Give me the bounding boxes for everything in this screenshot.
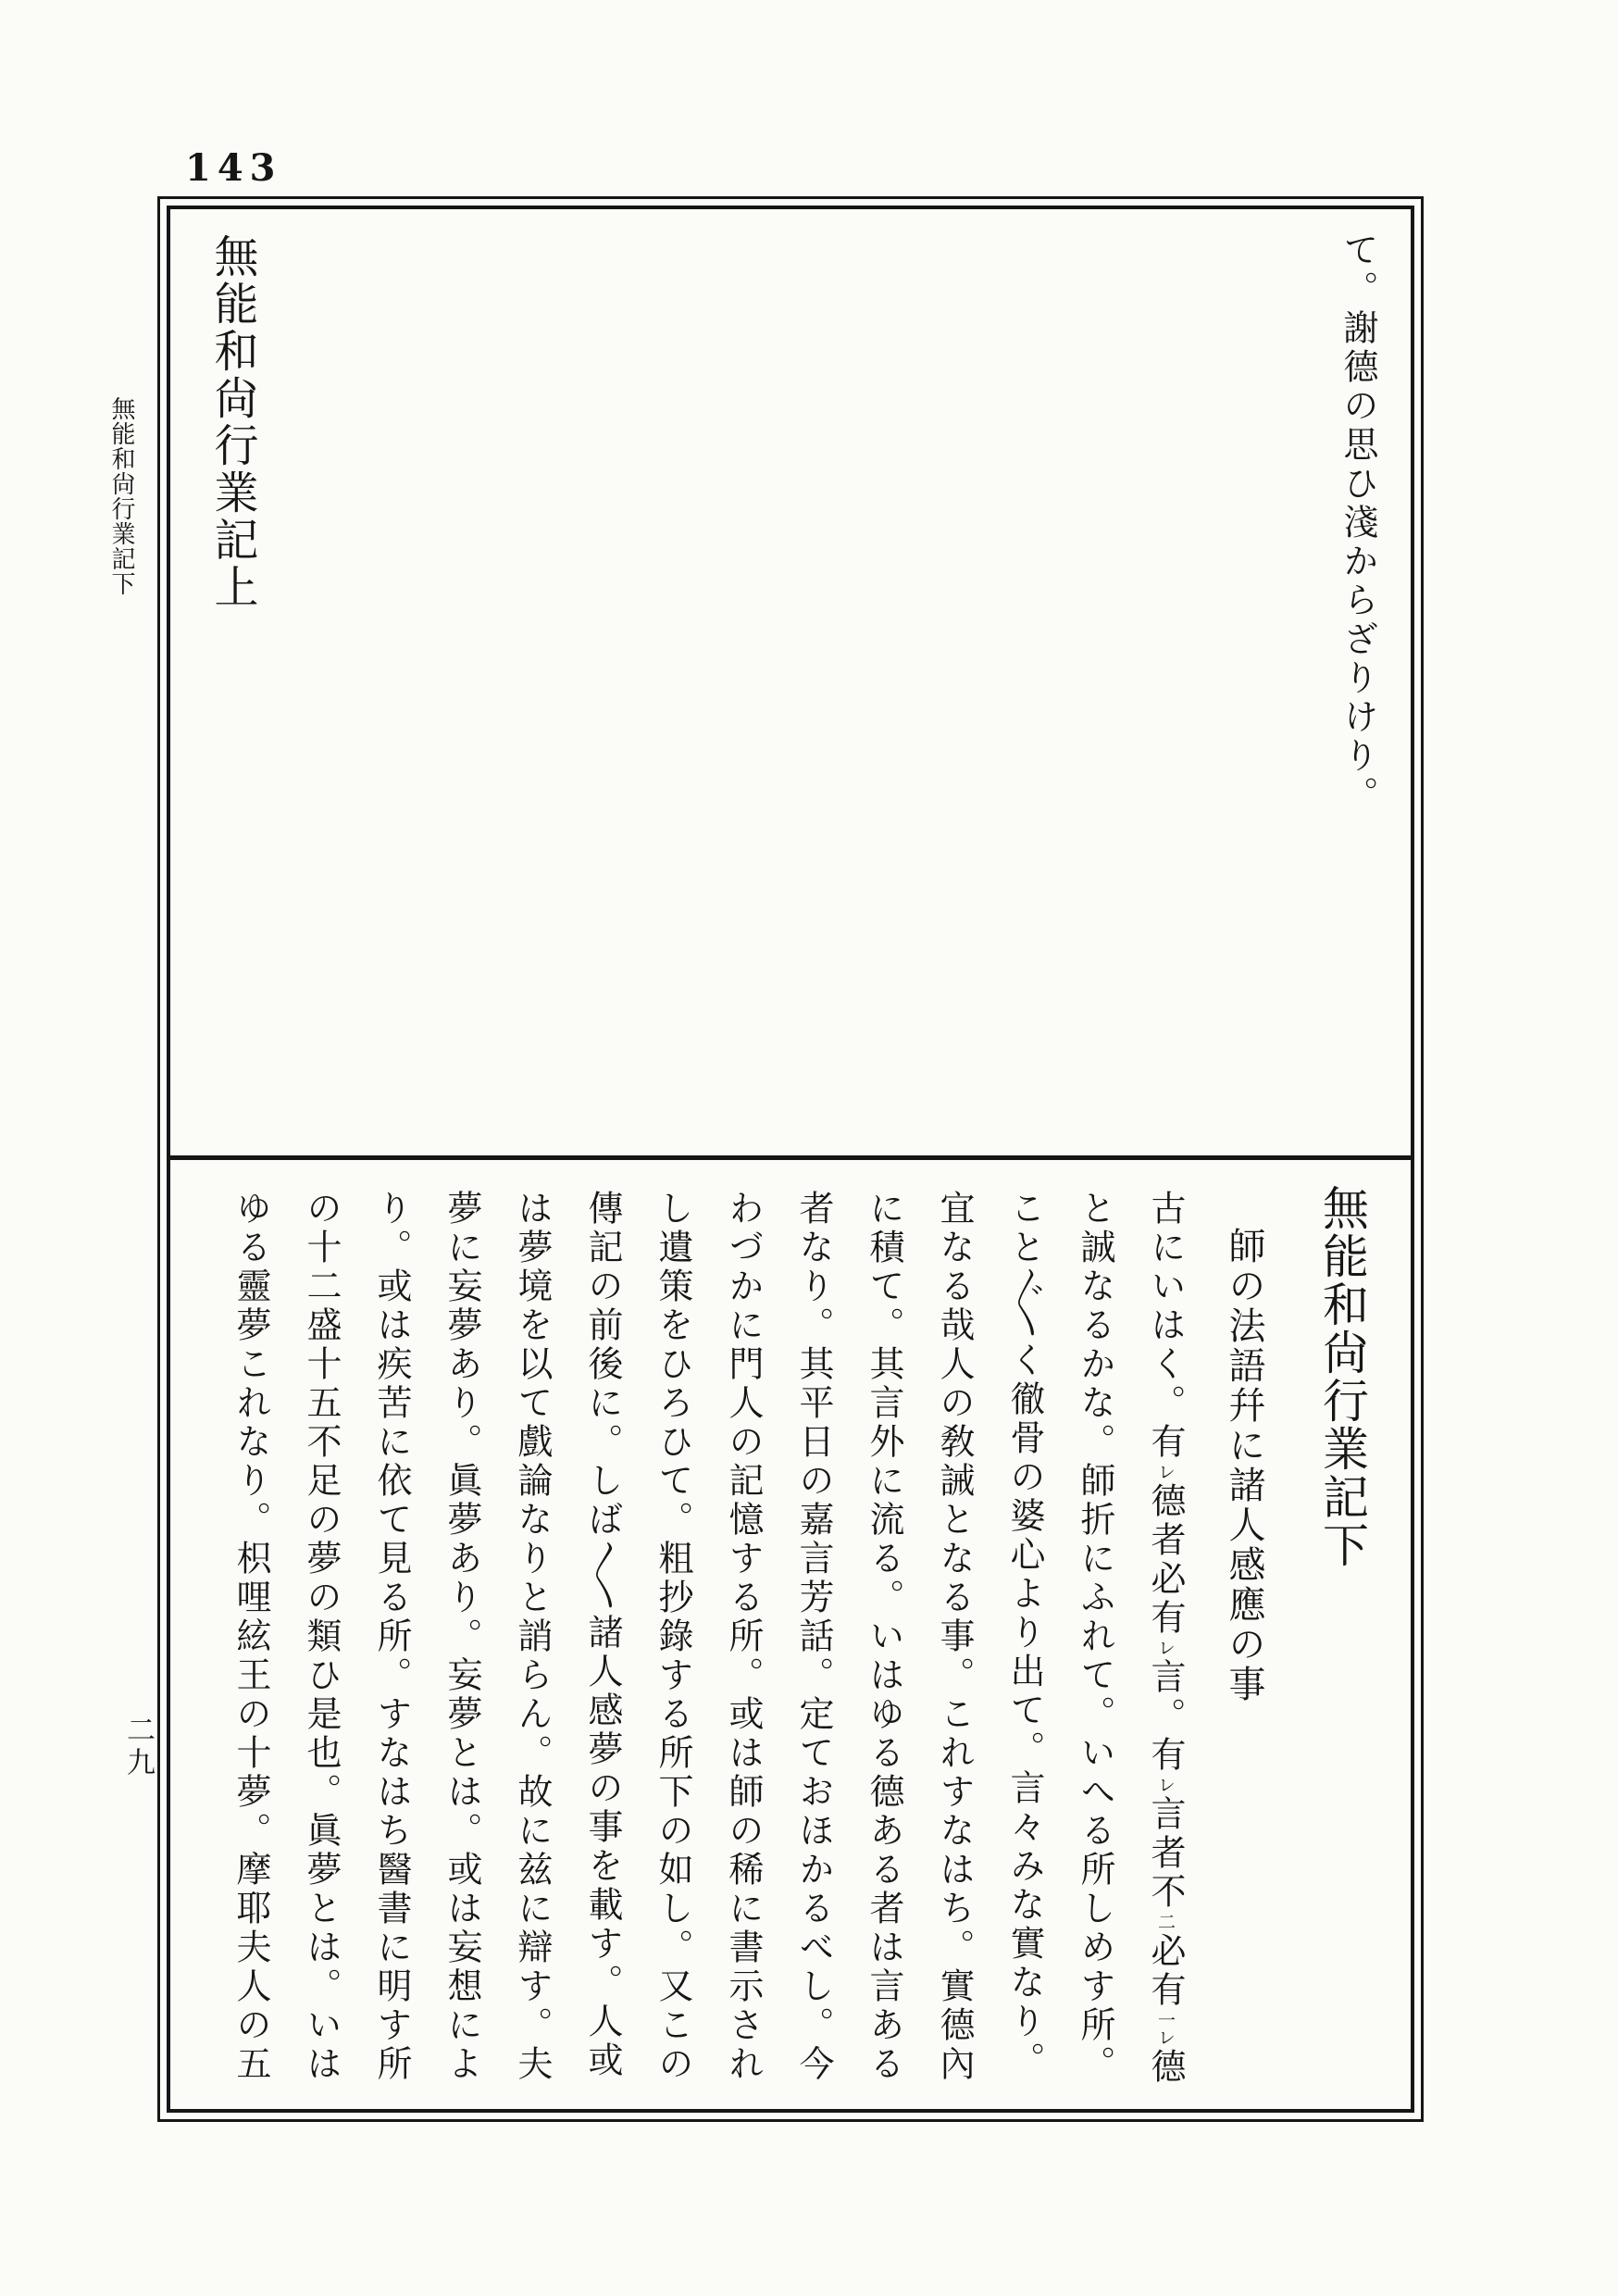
kaeriten-mark: レ [1155, 1639, 1175, 1656]
sheet-number: 二九 [124, 1715, 153, 1779]
book-page-scan: 143 無能和尙行業記下 二九 て。謝德の思ひ淺からざりけり。 無能和尙行業記上… [0, 0, 1618, 2296]
body-text-column: り。或は疾苦に依て見る所。すなはち醫書に明す所 [372, 1169, 409, 2087]
body-text-column: 古にいはく。有レ德者必有レ言。有レ言者不二必有一レ德 [1146, 1169, 1183, 2087]
body-text-column: の十二盛十五不足の夢の類ひ是也。眞夢とは。いは [302, 1169, 339, 2087]
folio-number: 143 [185, 146, 282, 190]
kaeriten-mark: 二 [1155, 1913, 1175, 1930]
body-text-column: 者なり。其平日の嘉言芳話。定ておほかるべし。今 [794, 1169, 831, 2087]
opening-title-column: 無能和尙行業記下 [1316, 1169, 1368, 2087]
page-frame-outer: て。謝德の思ひ淺からざりけり。 無能和尙行業記上 無能和尙行業記下 師の法語幷に… [157, 196, 1424, 2122]
kaeriten-mark: 一レ [1155, 2011, 1175, 2046]
body-text-column: わづかに門人の記憶する所。或は師の稀に書示され [724, 1169, 761, 2087]
body-text-column: 傳記の前後に。しば〱諸人感夢の事を載す。人或 [583, 1169, 620, 2087]
body-text-column: し遺策をひろひて。粗抄錄する所下の如し。又この [653, 1169, 691, 2087]
chapter-heading-column: 師の法語幷に諸人感應の事 [1224, 1169, 1264, 2087]
body-text-column: こと〲く徹骨の婆心より出て。言々みな實なり。 [1005, 1169, 1042, 2087]
closing-title-column: 無能和尙行業記上 [205, 233, 257, 1122]
closing-line-column: て。謝德の思ひ淺からざりけり。 [1337, 231, 1377, 1111]
body-text-column: 夢に妄夢あり。眞夢あり。妄夢とは。或は妄想によ [442, 1169, 479, 2087]
body-text-column: ゆる靈夢これなり。枳哩絃王の十夢。摩耶夫人の五 [231, 1169, 268, 2087]
body-text-column: 宜なる哉人の敎誡となる事。これすなはち。實德內 [935, 1169, 972, 2087]
body-text-column: に積て。其言外に流る。いはゆる德ある者は言ある [865, 1169, 902, 2087]
kaeriten-mark: レ [1155, 1463, 1175, 1480]
body-text-column: と誠なるかな。師折にふれて。いへる所しめす所。 [1076, 1169, 1113, 2087]
body-text-column: は夢境を以て戲論なりと誚らん。故に兹に辯す。夫 [513, 1169, 550, 2087]
upper-section: て。謝德の思ひ淺からざりけり。 無能和尙行業記上 [170, 209, 1411, 1155]
margin-running-title: 無能和尙行業記下 [109, 396, 133, 596]
page-frame-inner: て。謝德の思ひ淺からざりけり。 無能和尙行業記上 無能和尙行業記下 師の法語幷に… [167, 206, 1414, 2113]
kaeriten-mark: レ [1155, 1776, 1175, 1793]
lower-section: 無能和尙行業記下 師の法語幷に諸人感應の事 古にいはく。有レ德者必有レ言。有レ言… [170, 1160, 1411, 2109]
